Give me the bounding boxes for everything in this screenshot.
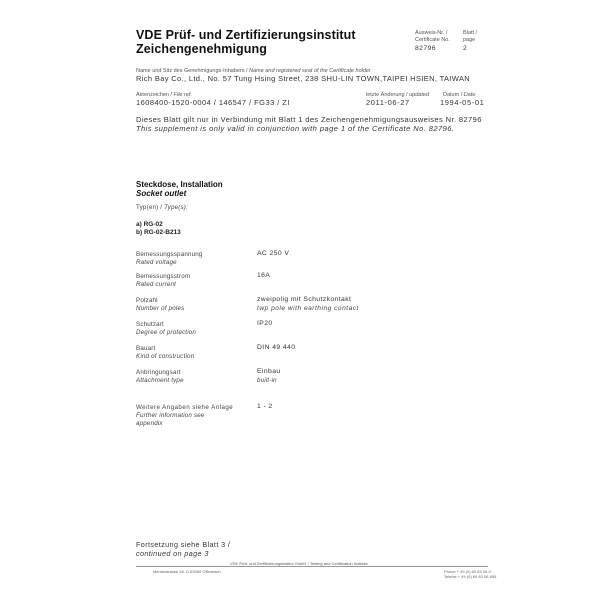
property-label-de: Anbringungsart [136,369,181,376]
type-a: a) RG-02 [136,221,163,228]
property-label-en: Rated current [136,281,176,288]
property-value: 1 - 2 [257,403,273,410]
type-b: b) RG-02-B213 [136,229,181,236]
property-label-en: Number of poles [136,305,184,312]
supplement-note-en: This supplement is only valid in conjunc… [136,124,454,133]
certificate-number: 82796 [415,45,436,52]
page-label-en: page [463,37,475,43]
date-value: 1994-05-01 [440,98,484,107]
types-label-en: Type(s): [164,204,188,211]
property-value-en: built-in [257,377,277,384]
property-label-en: Kind of construction [136,353,194,360]
property-value: 16A [257,272,270,279]
property-label-en: Attachment type [136,377,184,384]
certificate-label-en: Certificate No. [415,37,450,43]
property-value: AC 250 V [257,250,289,257]
property-label-de: Polzahl [136,297,158,304]
updated-label-en: updated [409,92,429,98]
product-title-en: Socket outlet [136,189,186,198]
property-label-en: Rated voltage [136,259,177,266]
property-value: zweipolig mit Schutzkontakt [257,296,351,303]
supplement-note-de: Dieses Blatt gilt nur in Verbindung mit … [136,115,482,124]
document-title: VDE Prüf- und Zertifizierungsinstitut [136,28,356,42]
page-number: 2 [463,45,467,52]
property-label-de: Bemessungsspannung [136,251,203,258]
property-label-de: Schutzart [136,321,164,328]
property-value: Einbau [257,368,281,375]
continuation-en: continued on page 3 [136,549,209,558]
property-value: DIN 49 440 [257,344,295,351]
types-label: Typ(en) / Type(s): [136,204,188,211]
property-value: IP20 [257,320,273,327]
document-subtitle: Zeichengenehmigung [136,42,267,56]
property-label-en-2: appendix [136,420,163,427]
holder-value: Rich Bay Co., Ltd., No. 57 Tung Hsing St… [136,74,470,83]
property-value-en: twp pole with earthing contact [257,305,359,312]
property-label-en: Degree of protection [136,329,196,336]
continuation-de: Fortsetzung siehe Blatt 3 / [136,540,230,549]
footer-telefax: Telefax + 49 (0) 69 83 06-555 [444,574,496,579]
footer-address: Merianstrasse 28, D-63069 Offenbach [153,569,221,574]
footer-divider [136,566,488,567]
types-label-de: Typ(en) / [136,204,164,211]
file-ref-value: 1608400-1520-0004 / 146547 / FG33 / ZI [136,98,290,107]
property-label-de: Bemessungsstrom [136,273,190,280]
property-label-de: Bauart [136,345,155,352]
certificate-label-de: Ausweis-Nr. / [415,30,447,36]
property-label-de: Weitere Angaben siehe Anlage [136,404,233,411]
product-title-de: Steckdose, Installation [136,180,223,189]
updated-value: 2011-06-27 [366,98,410,107]
property-label-en: Further information see [136,412,205,419]
page-label-de: Blatt / [463,30,477,36]
